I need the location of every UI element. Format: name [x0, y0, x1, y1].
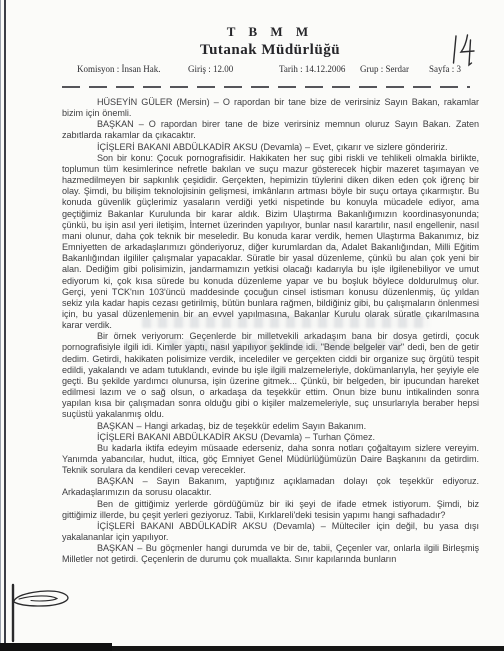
meta-tarih: Tarih : 14.12.2006: [279, 64, 345, 74]
handwritten-page-number: 14: [448, 33, 480, 67]
meta-row: Komisyon : İnsan Hak. Giriş : 12.00 Tari…: [62, 64, 478, 78]
meta-giris: Giriş : 12.00: [188, 64, 233, 74]
transcript-paragraph: Son bir konu: Çocuk pornografisidir. Hak…: [62, 153, 479, 332]
transcript-paragraph: HÜSEYİN GÜLER (Mersin) – O rapordan bir …: [62, 97, 479, 119]
pen-scribble-icon: [3, 583, 81, 645]
transcript-paragraph: İÇİŞLERİ BAKANI ABDÜLKADİR AKSU (Devamla…: [62, 432, 479, 443]
transcript-paragraph: Bir örnek veriyorum: Geçenlerde bir mill…: [62, 331, 479, 420]
scan-edge-left-outer: [0, 0, 1, 651]
department-title: Tutanak Müdürlüğü: [62, 42, 478, 59]
document-header: T B M M Tutanak Müdürlüğü: [62, 24, 478, 59]
transcript-paragraph: İÇİŞLERİ BAKANI ABDÜLKADİR AKSU (Devamla…: [62, 142, 479, 153]
scan-edge-left-inner: [4, 0, 6, 646]
transcript-paragraph: BAŞKAN – O rapordan birer tane de bize v…: [62, 119, 479, 141]
transcript-body: HÜSEYİN GÜLER (Mersin) – O rapordan bir …: [62, 97, 479, 566]
transcript-paragraph: Ben de gittiğimiz yerlerde gördüğümüz bi…: [62, 499, 479, 521]
transcript-paragraph: İÇİŞLERİ BAKANI ABDÜLKADİR AKSU (Devamla…: [62, 521, 479, 543]
transcript-paragraph: BAŞKAN – Bu göçmenler hangi durumda ve b…: [62, 543, 479, 565]
meta-komisyon: Komisyon : İnsan Hak.: [77, 64, 161, 74]
meta-grup: Grup : Serdar: [360, 64, 409, 74]
transcript-paragraph: Bu kadarla iktifa edeyim müsaade edersen…: [62, 443, 479, 476]
org-title: T B M M: [62, 24, 478, 40]
scanned-page: T B M M Tutanak Müdürlüğü 14 Komisyon : …: [0, 0, 504, 651]
meta-sayfa: Sayfa : 3: [429, 64, 461, 74]
transcript-paragraph: BAŞKAN – Sayın Bakanım, yaptığınız açıkl…: [62, 476, 479, 498]
handwritten-14-icon: [448, 33, 480, 67]
transcript-paragraph: BAŞKAN – Hangi arkadaş, biz de teşekkür …: [62, 421, 479, 432]
separator-dashed-line: [62, 86, 470, 88]
